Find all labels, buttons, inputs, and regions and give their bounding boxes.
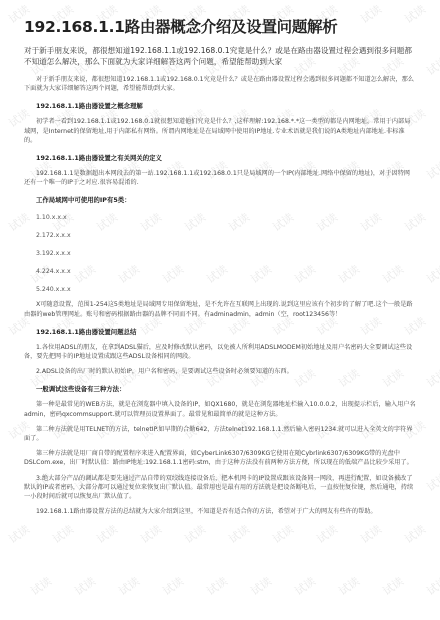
gateway-paragraph: 192.168.1.1是数据超出本网段去的第一站.192.168.1.1或192… bbox=[24, 169, 416, 187]
section-heading-ip-classes: 工作局域网中可使用的IP有5类： bbox=[24, 196, 416, 205]
section-heading-summary: 192.168.1.1路由器设置问题总结 bbox=[24, 328, 416, 337]
watermark-text: 试读 bbox=[93, 521, 120, 547]
method-3-paragraph: 第三种方法就是用厂商自带的配置程序来进入配置界面，如CyberLink6307/… bbox=[24, 449, 416, 467]
document: 192.168.1.1路由器概念介绍及设置问题解析 对于新手朋友来说，都很想知道… bbox=[0, 0, 440, 516]
section-heading-concept: 192.168.1.1路由器设置之概念理解 bbox=[24, 102, 416, 111]
watermark-text: 试读 bbox=[27, 573, 54, 599]
watermark-text: 试读 bbox=[313, 521, 340, 547]
ip-class-item: 2.172.x.x.x bbox=[24, 231, 416, 240]
watermark-text: 试读 bbox=[181, 521, 208, 547]
concept-paragraph: 初学者一看到192.168.1.1或192.168.0.1就很想知道他们究竟是什… bbox=[24, 117, 416, 145]
ip-class-item: 3.192.x.x.x bbox=[24, 249, 416, 258]
ip-class-item: 5.240.x.x.x bbox=[24, 285, 416, 294]
watermark-text: 试读 bbox=[335, 573, 362, 599]
watermark-text: 试读 bbox=[269, 521, 296, 547]
closing-paragraph: 192.168.1.1路由器设置方法的总结就为大家介绍到这里，不知道是否有适合你… bbox=[24, 507, 416, 516]
intro-repeat-paragraph: 对于新手朋友来说，都很想知道192.168.1.1或192.168.0.1究竟是… bbox=[24, 75, 416, 93]
ip-classes-note: X可随意设置，范围1-254这5类地址是局域网专用保留地址，是不允许在互联网上出… bbox=[24, 300, 416, 318]
watermark-text: 试读 bbox=[357, 521, 384, 547]
watermark-text: 试读 bbox=[71, 573, 98, 599]
ip-class-item: 4.224.x.x.x bbox=[24, 267, 416, 276]
ip-class-item: 1.10.x.x.x bbox=[24, 213, 416, 222]
method-1-paragraph: 第一种是最常见的WEB方法，就是在浏览器中填入设备的IP，如QX1680，就是在… bbox=[24, 400, 416, 418]
section-heading-gateway: 192.168.1.1路由器设置之有关网关的定义 bbox=[24, 154, 416, 163]
summary-paragraph-3: 3.绝大部分产品的调试都是要先通过产品自带的双绞线连接设备后，把本机网卡的IP设… bbox=[24, 474, 416, 502]
watermark-text: 试读 bbox=[49, 521, 76, 547]
page-title: 192.168.1.1路由器概念介绍及设置问题解析 bbox=[24, 0, 416, 37]
summary-paragraph-1: 1.各位用ADSL的朋友，在拿到ADSL猫后，应及时修改默认密码，以免被人所利用… bbox=[24, 343, 416, 361]
watermark-text: 试读 bbox=[291, 573, 318, 599]
watermark-text: 试读 bbox=[225, 521, 252, 547]
watermark-text: 试读 bbox=[203, 573, 230, 599]
summary-paragraph-2: 2.ADSL设备的出厂时的默认初始IP，用户名和密码，是要调试这些设备时必须要知… bbox=[24, 367, 416, 376]
watermark-text: 试读 bbox=[5, 521, 32, 547]
watermark-text: 试读 bbox=[137, 521, 164, 547]
watermark-text: 试读 bbox=[159, 573, 186, 599]
watermark-text: 试读 bbox=[423, 573, 440, 599]
intro-text: 对于新手朋友来说，都很想知道192.168.1.1或192.168.0.1究竟是… bbox=[24, 46, 416, 67]
watermark-text: 试读 bbox=[247, 573, 274, 599]
method-2-paragraph: 第二种方法就是用TELNET的方法，telnetIP.如早期的合勤642，方法t… bbox=[24, 425, 416, 443]
watermark-text: 试读 bbox=[115, 573, 142, 599]
watermark-text: 试读 bbox=[379, 573, 406, 599]
watermark-text: 试读 bbox=[401, 521, 428, 547]
methods-heading: 一般调试这些设备有三种方法： bbox=[24, 385, 416, 394]
